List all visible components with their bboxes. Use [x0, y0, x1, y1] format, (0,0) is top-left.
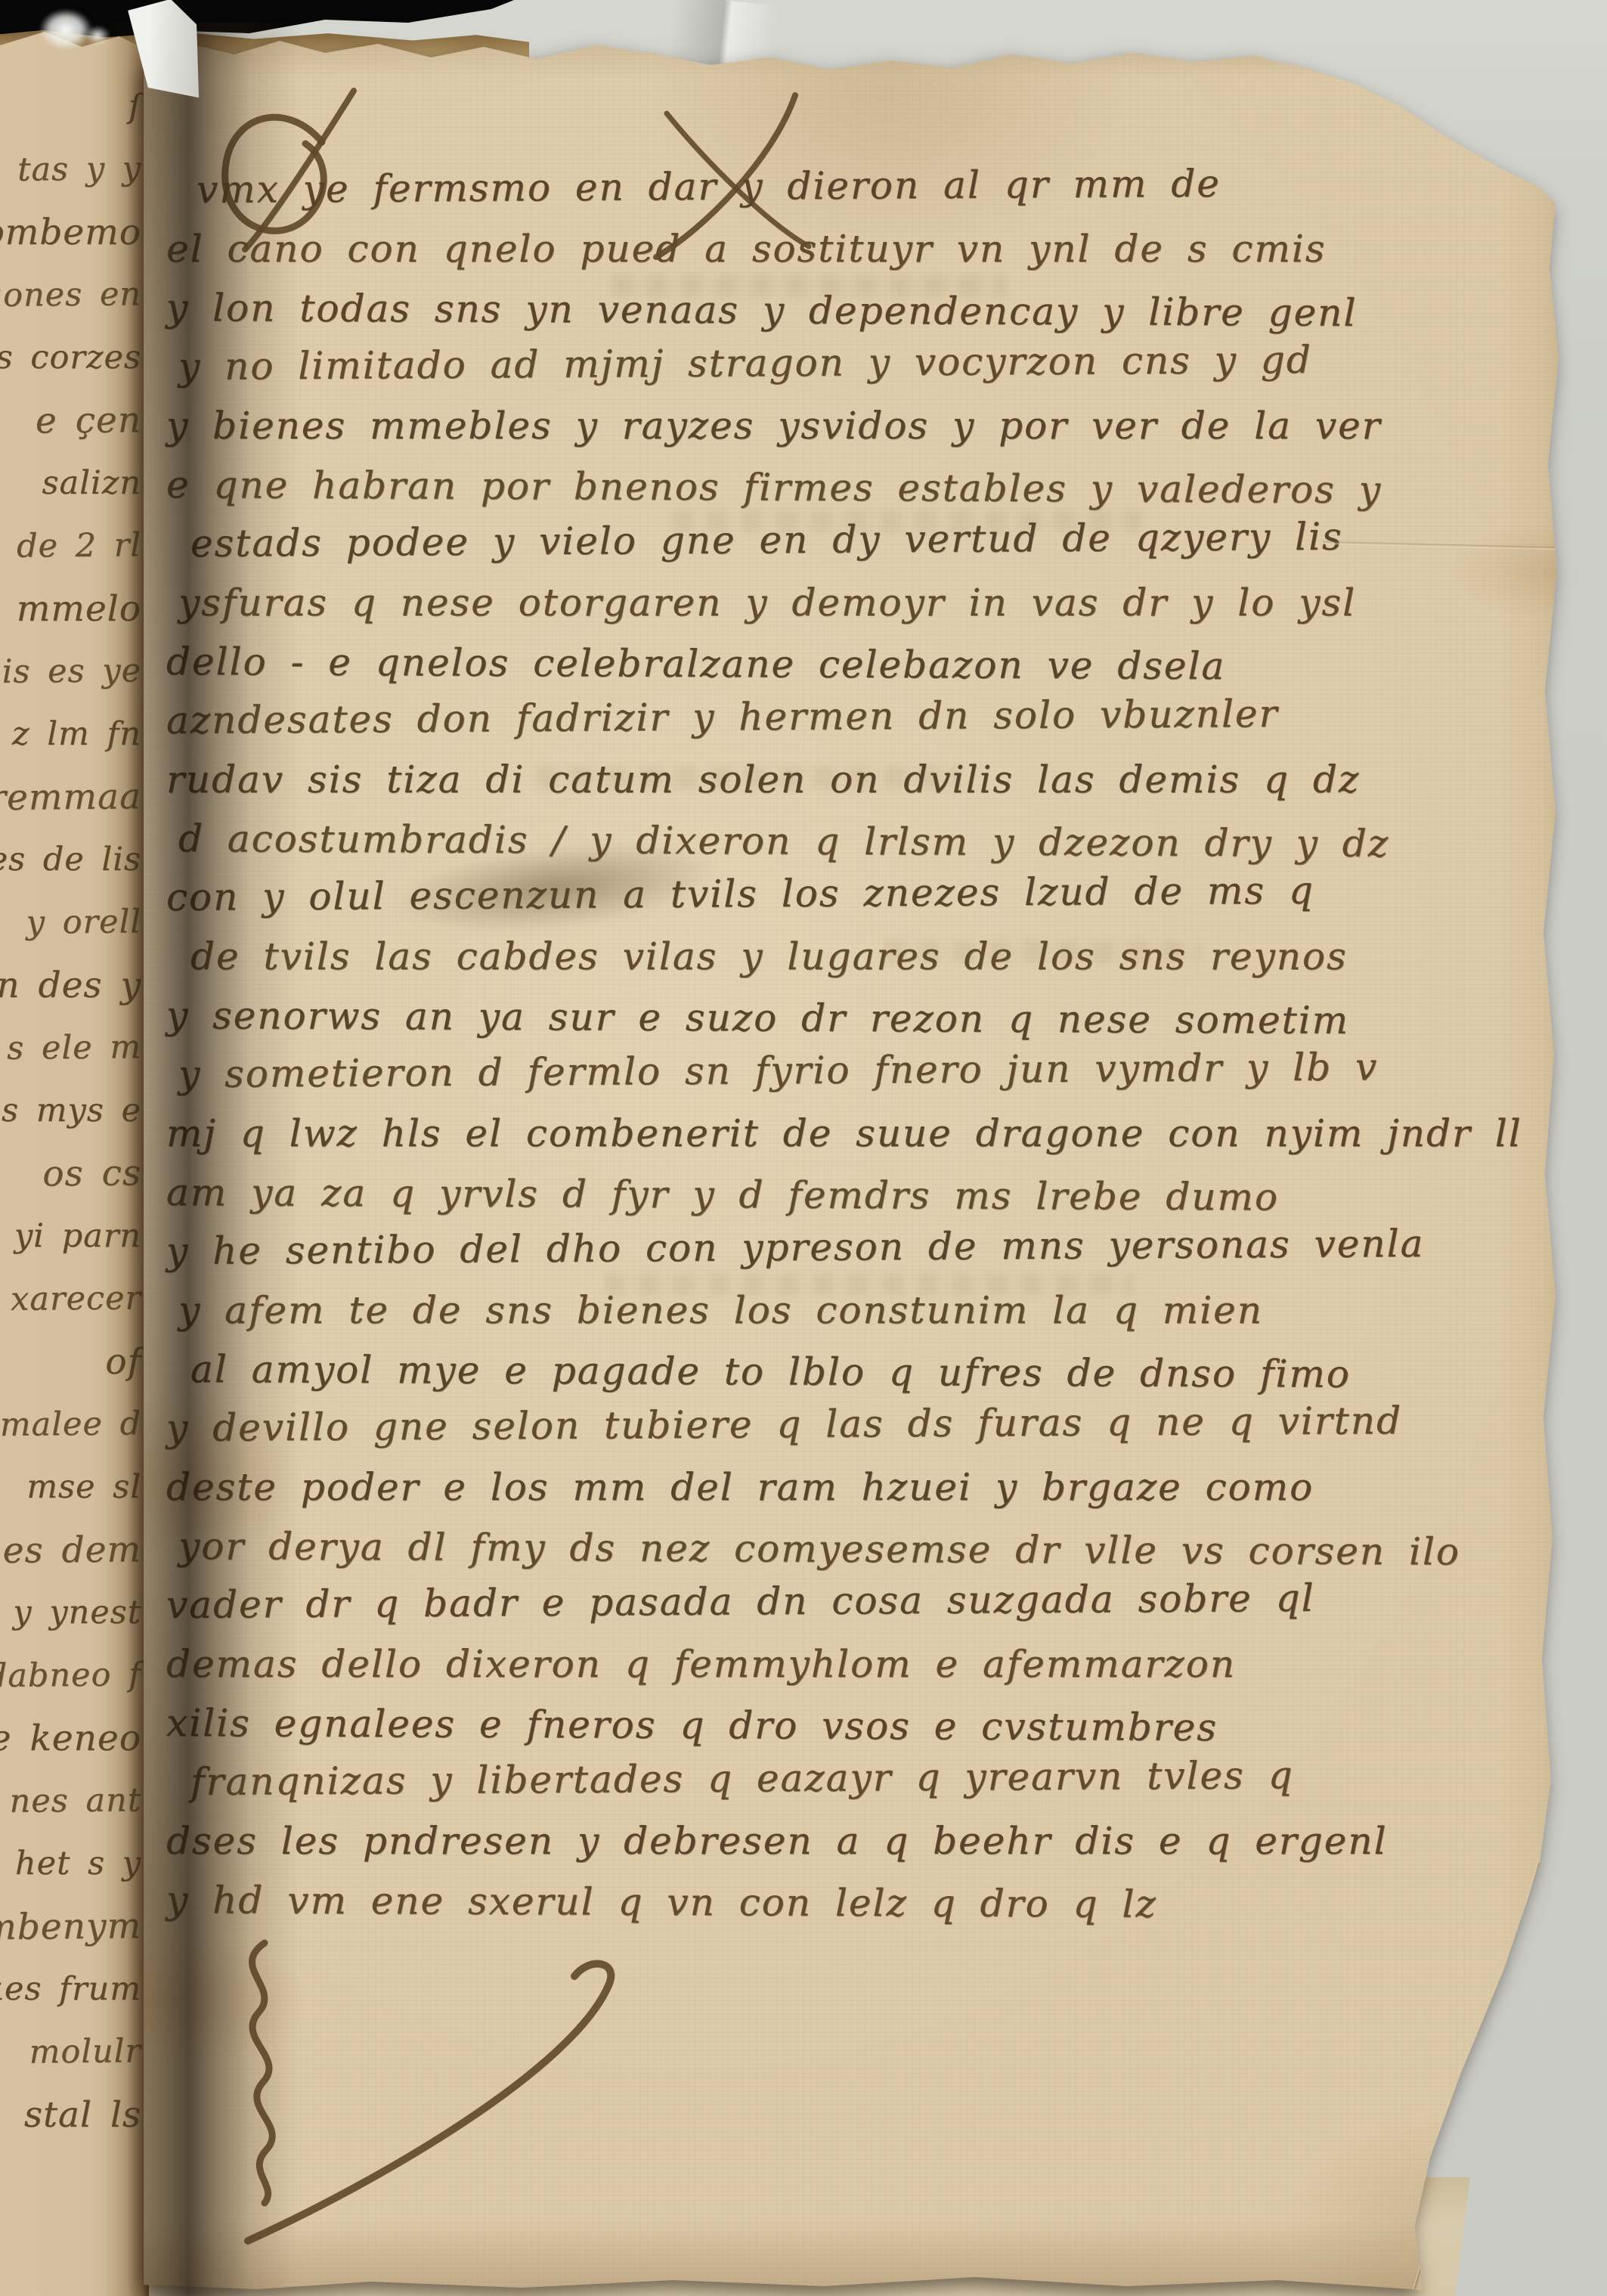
left-text-fragment: kes frum: [0, 1958, 141, 2021]
left-text-fragment: ſ: [0, 76, 141, 138]
manuscript-text-line: y no limitado ad mjmj stragon y vocyrzon…: [178, 329, 1534, 396]
left-text-fragment: mse sl: [0, 1456, 141, 1519]
left-text-fragment: ries de lis: [0, 829, 141, 891]
manuscript-text-line: mj q lwz hls el combenerit de suue drago…: [166, 1104, 1534, 1163]
manuscript-page-wrap: 62 vmx ye fermsmo en dar y dieron al qr …: [144, 26, 1574, 2296]
left-text-fragment: s mys e: [0, 1080, 141, 1142]
left-text-fragment: tas y y: [0, 138, 141, 202]
cotton-fluff: [85, 26, 110, 45]
left-text-fragment: mbenym: [0, 1895, 141, 1959]
manuscript-text-line: y devillo gne selon tubiere q las ds fur…: [166, 1390, 1534, 1458]
left-text-fragment: nee mmelo: [0, 578, 141, 640]
manuscript-text-line: rudav sis tiza di catum solen on dvilis …: [166, 750, 1534, 809]
left-text-fragment: ombemo: [0, 201, 141, 264]
left-text-fragment: sulis es ye: [0, 640, 141, 704]
left-text-fragment: molulr: [0, 2020, 141, 2084]
cotton-fluff: [39, 9, 92, 50]
left-text-fragment: ones dem: [0, 1518, 141, 1582]
left-text-fragment: y orell: [0, 891, 141, 955]
left-text-fragment: remmaa: [0, 765, 141, 829]
left-text-fragment: yi parn: [0, 1205, 141, 1268]
manuscript-text-block: vmx ye fermsmo en dar y dieron al qr mm …: [166, 160, 1534, 1929]
manuscript-text-line: vmx ye fermsmo en dar y dieron al qr mm …: [197, 152, 1534, 219]
manuscript-text-line: y afem te de sns bienes los constunim la…: [178, 1281, 1534, 1340]
left-text-fragment: stal ls: [0, 2084, 141, 2146]
rubric-flourish-icon: [151, 1931, 831, 2256]
manuscript-text-line: y bienes mmebles y rayzes ysvidos y por …: [166, 396, 1534, 455]
manuscript-text-line: con y olul escenzun a tvils los znezes l…: [166, 860, 1534, 927]
manuscript-text-line: y hd vm ene sxerul q vn con lelz q dro q…: [166, 1870, 1534, 1935]
left-text-fragment: e keneo: [0, 1707, 141, 1770]
manuscript-text-line: ysfuras q nese otorgaren y demoyr in vas…: [178, 573, 1534, 632]
left-text-fragment: e çen: [0, 389, 141, 453]
manuscript-text-line: y he sentibo del dho con ypreson de mns …: [166, 1213, 1534, 1281]
manuscript-text-line: y sometieron d fermlo sn fyrio fnero jun…: [178, 1036, 1534, 1104]
left-text-fragment: of: [0, 1331, 141, 1393]
manuscript-text-line: vader dr q badr e pasada dn cosa suzgada…: [166, 1567, 1534, 1634]
folio-number: 62: [1382, 58, 1445, 106]
left-text-fragment: malee d: [0, 1393, 141, 1457]
left-text-fragment: en des y: [0, 954, 141, 1017]
left-text-fragment: nes ant: [0, 1769, 141, 1833]
facing-page-text-block: ſ tas y y ombemo çaones en s corzes e çe…: [0, 76, 141, 2146]
left-text-fragment: s corzes: [0, 327, 141, 389]
left-text-fragment: s de 2 rl: [0, 514, 141, 578]
left-text-fragment: het s y: [0, 1833, 141, 1895]
left-text-fragment: hs y ynest: [0, 1582, 141, 1644]
manuscript-scan: ſ tas y y ombemo çaones en s corzes e çe…: [0, 0, 1607, 2296]
left-text-fragment: dabneo f: [0, 1644, 141, 1708]
left-text-fragment: s xarecer: [0, 1267, 141, 1331]
left-text-fragment: s ele m: [0, 1016, 141, 1080]
manuscript-text-line: azndesates don fadrizir y hermen dn solo…: [166, 683, 1534, 750]
left-text-fragment: os cs: [0, 1142, 141, 1206]
facing-page-edge: ſ tas y y ombemo çaones en s corzes e çe…: [0, 32, 149, 2296]
manuscript-text-line: dses les pndresen y debresen a q beehr d…: [166, 1811, 1534, 1870]
manuscript-text-line: el cano con qnelo pued a sostituyr vn yn…: [166, 219, 1534, 278]
manuscript-page: 62 vmx ye fermsmo en dar y dieron al qr …: [144, 26, 1574, 2296]
left-text-fragment: les z lm fn: [0, 703, 141, 766]
manuscript-text-line: deste poder e los mm del ram hzuei y brg…: [166, 1458, 1534, 1517]
manuscript-text-line: estads podee y vielo gne en dy vertud de…: [190, 506, 1534, 573]
left-text-fragment: salizn: [0, 452, 141, 515]
manuscript-text-line: de tvils las cabdes vilas y lugares de l…: [190, 927, 1534, 986]
manuscript-text-line: franqnizas y libertades q eazayr q yrear…: [190, 1744, 1534, 1811]
left-text-fragment: çaones en: [0, 263, 141, 327]
manuscript-text-line: demas dello dixeron q femmyhlom e afemma…: [166, 1634, 1534, 1693]
